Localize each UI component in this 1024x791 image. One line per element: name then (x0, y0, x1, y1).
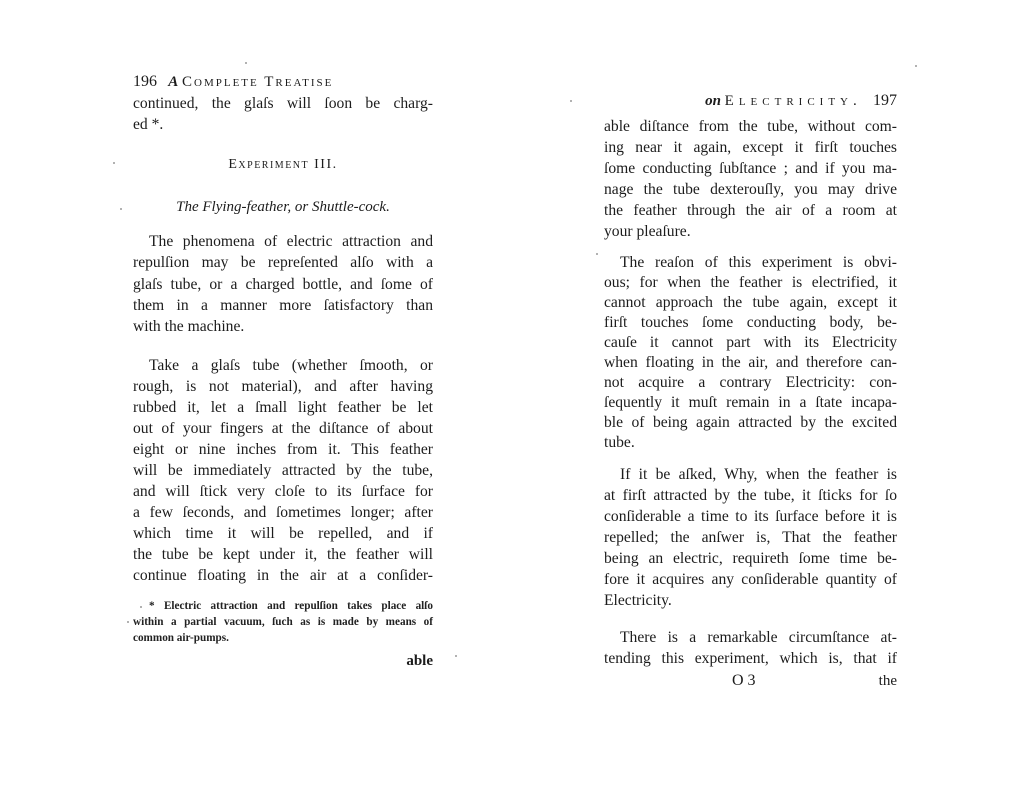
scan-speck (915, 65, 917, 67)
left-page: 196 A Complete Treatise continued, the g… (133, 0, 433, 791)
text-line: firſt touches ſome conducting body, be- (604, 314, 897, 332)
text-line: glaſs tube, or a charged bottle, and ſom… (133, 276, 433, 294)
text-line: them in a manner more ſatisfactory than (133, 297, 433, 315)
running-head-italic-prefix: on (705, 93, 721, 109)
text-line: There is a remarkable circumſtance at- (604, 629, 897, 647)
running-head-italic-initial: A (168, 74, 178, 90)
text-line: Electricity. (604, 592, 897, 610)
text-line: The phenomena of electric attraction and (133, 233, 433, 251)
text-line: and will ſtick very cloſe to its ſurface… (133, 483, 433, 501)
section-subtitle: The Flying-feather, or Shuttle-cock. (133, 198, 433, 216)
footnote-line: common air-pumps. (133, 631, 433, 645)
text-line: at firſt attracted by the tube, it ſtick… (604, 487, 897, 505)
scan-speck (127, 621, 129, 623)
text-line: ſequently it muſt remain in a ſtate inca… (604, 394, 897, 412)
footnote-line: within a partial vacuum, ſuch as is made… (133, 615, 433, 629)
scan-speck (120, 208, 122, 210)
text-line: tube. (604, 434, 897, 452)
text-line: when floating in the air, and therefore … (604, 354, 897, 372)
running-head-title: Complete Treatise (182, 74, 333, 90)
page-number: 197 (873, 92, 897, 109)
catchword: able (406, 652, 433, 670)
text-line: ing near it again, except it firſt touch… (604, 139, 897, 157)
running-head-right: on Electricity. 197 (604, 92, 897, 110)
text-line: will be immediately attracted by the tub… (133, 462, 433, 480)
footnote-line: * Electric attraction and repulſion take… (133, 599, 433, 613)
text-line: cannot approach the tube again, except i… (604, 294, 897, 312)
text-line: tending this experiment, which is, that … (604, 650, 897, 668)
catchword: the (879, 672, 897, 690)
text-line: out of your fingers at the diſtance of a… (133, 420, 433, 438)
text-line: repulſion may be repreſented alſo with a (133, 254, 433, 272)
scan-speck (596, 253, 598, 255)
text-line: able diſtance from the tube, without com… (604, 118, 897, 136)
text-line: not acquire a contrary Electricity: con- (604, 374, 897, 392)
text-line: rubbed it, let a ſmall light feather be … (133, 399, 433, 417)
page-number: 196 (133, 73, 157, 90)
scan-speck (140, 606, 142, 608)
text-line: conſiderable a time to its ſurface befor… (604, 508, 897, 526)
text-line: your pleaſure. (604, 223, 897, 241)
text-line: Take a glaſs tube (whether ſmooth, or (133, 357, 433, 375)
text-line: cauſe it cannot part with its Electricit… (604, 334, 897, 352)
section-heading: Experiment III. (133, 156, 433, 174)
text-line: a few ſeconds, and ſometimes longer; aft… (133, 504, 433, 522)
text-line: with the machine. (133, 318, 433, 336)
text-line: repelled; the anſwer is, That the feathe… (604, 529, 897, 547)
text-line: ſome conducting ſubſtance ; and if you m… (604, 160, 897, 178)
text-line: eight or nine inches from it. This feath… (133, 441, 433, 459)
running-head-title: Electricity. (725, 93, 862, 109)
right-page: on Electricity. 197 able diſtance from t… (604, 0, 897, 791)
text-line: the feather through the air of a room at (604, 202, 897, 220)
text-line: If it be aſked, Why, when the feather is (604, 466, 897, 484)
text-line: continued, the glaſs will ſoon be charg- (133, 95, 433, 113)
text-line: continue floating in the air at a conſid… (133, 567, 433, 585)
text-line: the tube be kept under it, the feather w… (133, 546, 433, 564)
text-line: which time it will be repelled, and if (133, 525, 433, 543)
text-line: nage the tube dexterouſly, you may drive (604, 181, 897, 199)
text-line: fore it acquires any conſiderable quanti… (604, 571, 897, 589)
text-line: ous; for when the feather is electrified… (604, 274, 897, 292)
text-line: The reaſon of this experiment is obvi- (604, 254, 897, 272)
text-line: ed *. (133, 116, 433, 134)
signature-mark: O 3 (732, 672, 756, 690)
scan-speck (455, 655, 457, 657)
text-line: ble of being again attracted by the exci… (604, 414, 897, 432)
running-head-left: 196 A Complete Treatise (133, 73, 433, 91)
text-line: rough, is not material), and after havin… (133, 378, 433, 396)
text-line: being an electric, requireth ſome time b… (604, 550, 897, 568)
scan-speck (113, 162, 115, 164)
scan-speck (570, 100, 572, 102)
scan-speck (245, 62, 247, 64)
